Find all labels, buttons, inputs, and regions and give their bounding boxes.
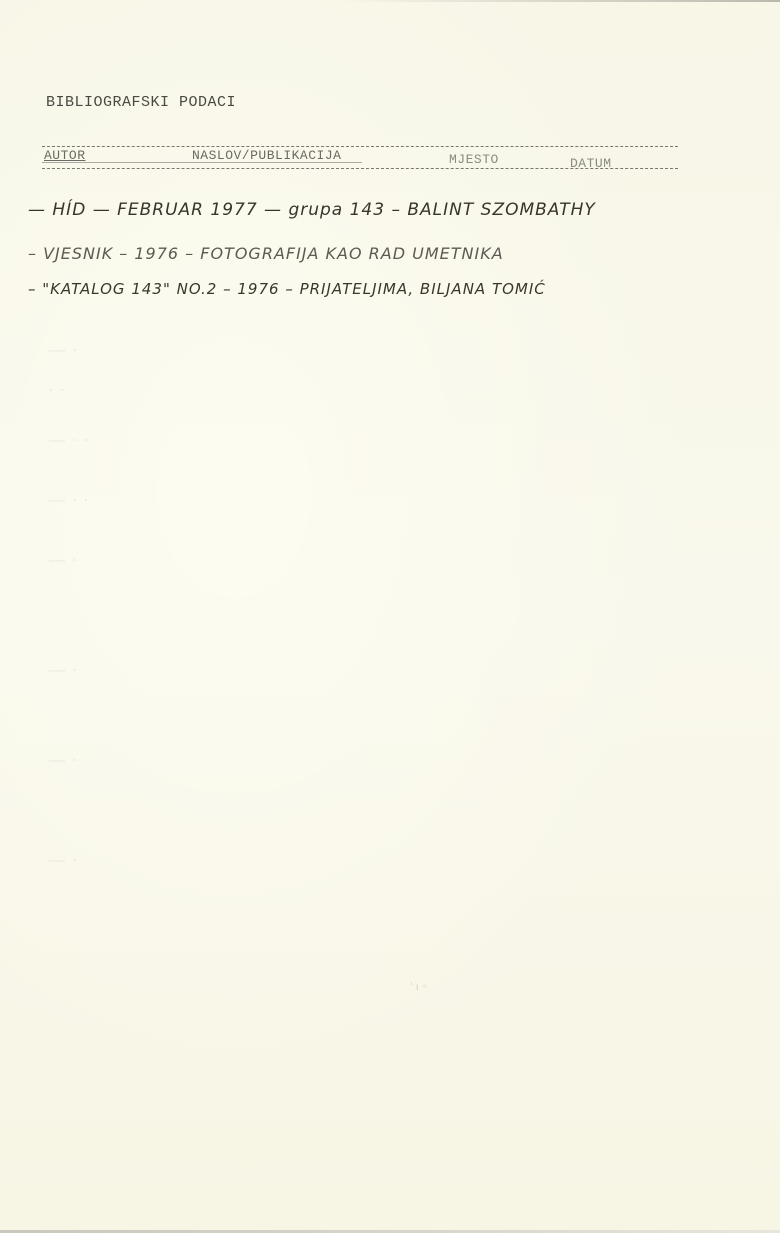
header-rule-top <box>42 146 678 147</box>
column-header-mjesto: MJESTO <box>449 152 499 167</box>
handwritten-entry: – VJESNIK – 1976 – FOTOGRAFIJA KAO RAD U… <box>28 244 504 263</box>
page-top-edge <box>340 0 780 2</box>
document-title: BIBLIOGRAFSKI PODACI <box>46 94 236 111</box>
column-header-datum: DATUM <box>570 156 612 171</box>
show-through-mark: — · · <box>48 430 89 451</box>
show-through-mark: — · <box>48 750 77 771</box>
show-through-mark: — · <box>48 660 77 681</box>
pencil-mark: ˈ ı ◦ <box>410 982 428 993</box>
show-through-mark: — · · <box>48 490 89 511</box>
handwritten-entry: – "KATALOG 143" NO.2 – 1976 – PRIJATELJI… <box>28 280 546 298</box>
show-through-mark: — · <box>48 340 77 361</box>
show-through-mark: — · <box>48 850 77 871</box>
show-through-mark: · · <box>48 380 65 401</box>
show-through-mark: — · <box>48 550 77 571</box>
column-header-naslov-publikacija: NASLOV/PUBLIKACIJA <box>192 148 341 163</box>
column-header-autor: AUTOR <box>44 148 86 163</box>
scanned-page: BIBLIOGRAFSKI PODACI AUTOR NASLOV/PUBLIK… <box>0 0 780 1233</box>
handwritten-entry: — HÍD — FEBRUAR 1977 — grupa 143 – BALIN… <box>28 200 596 220</box>
